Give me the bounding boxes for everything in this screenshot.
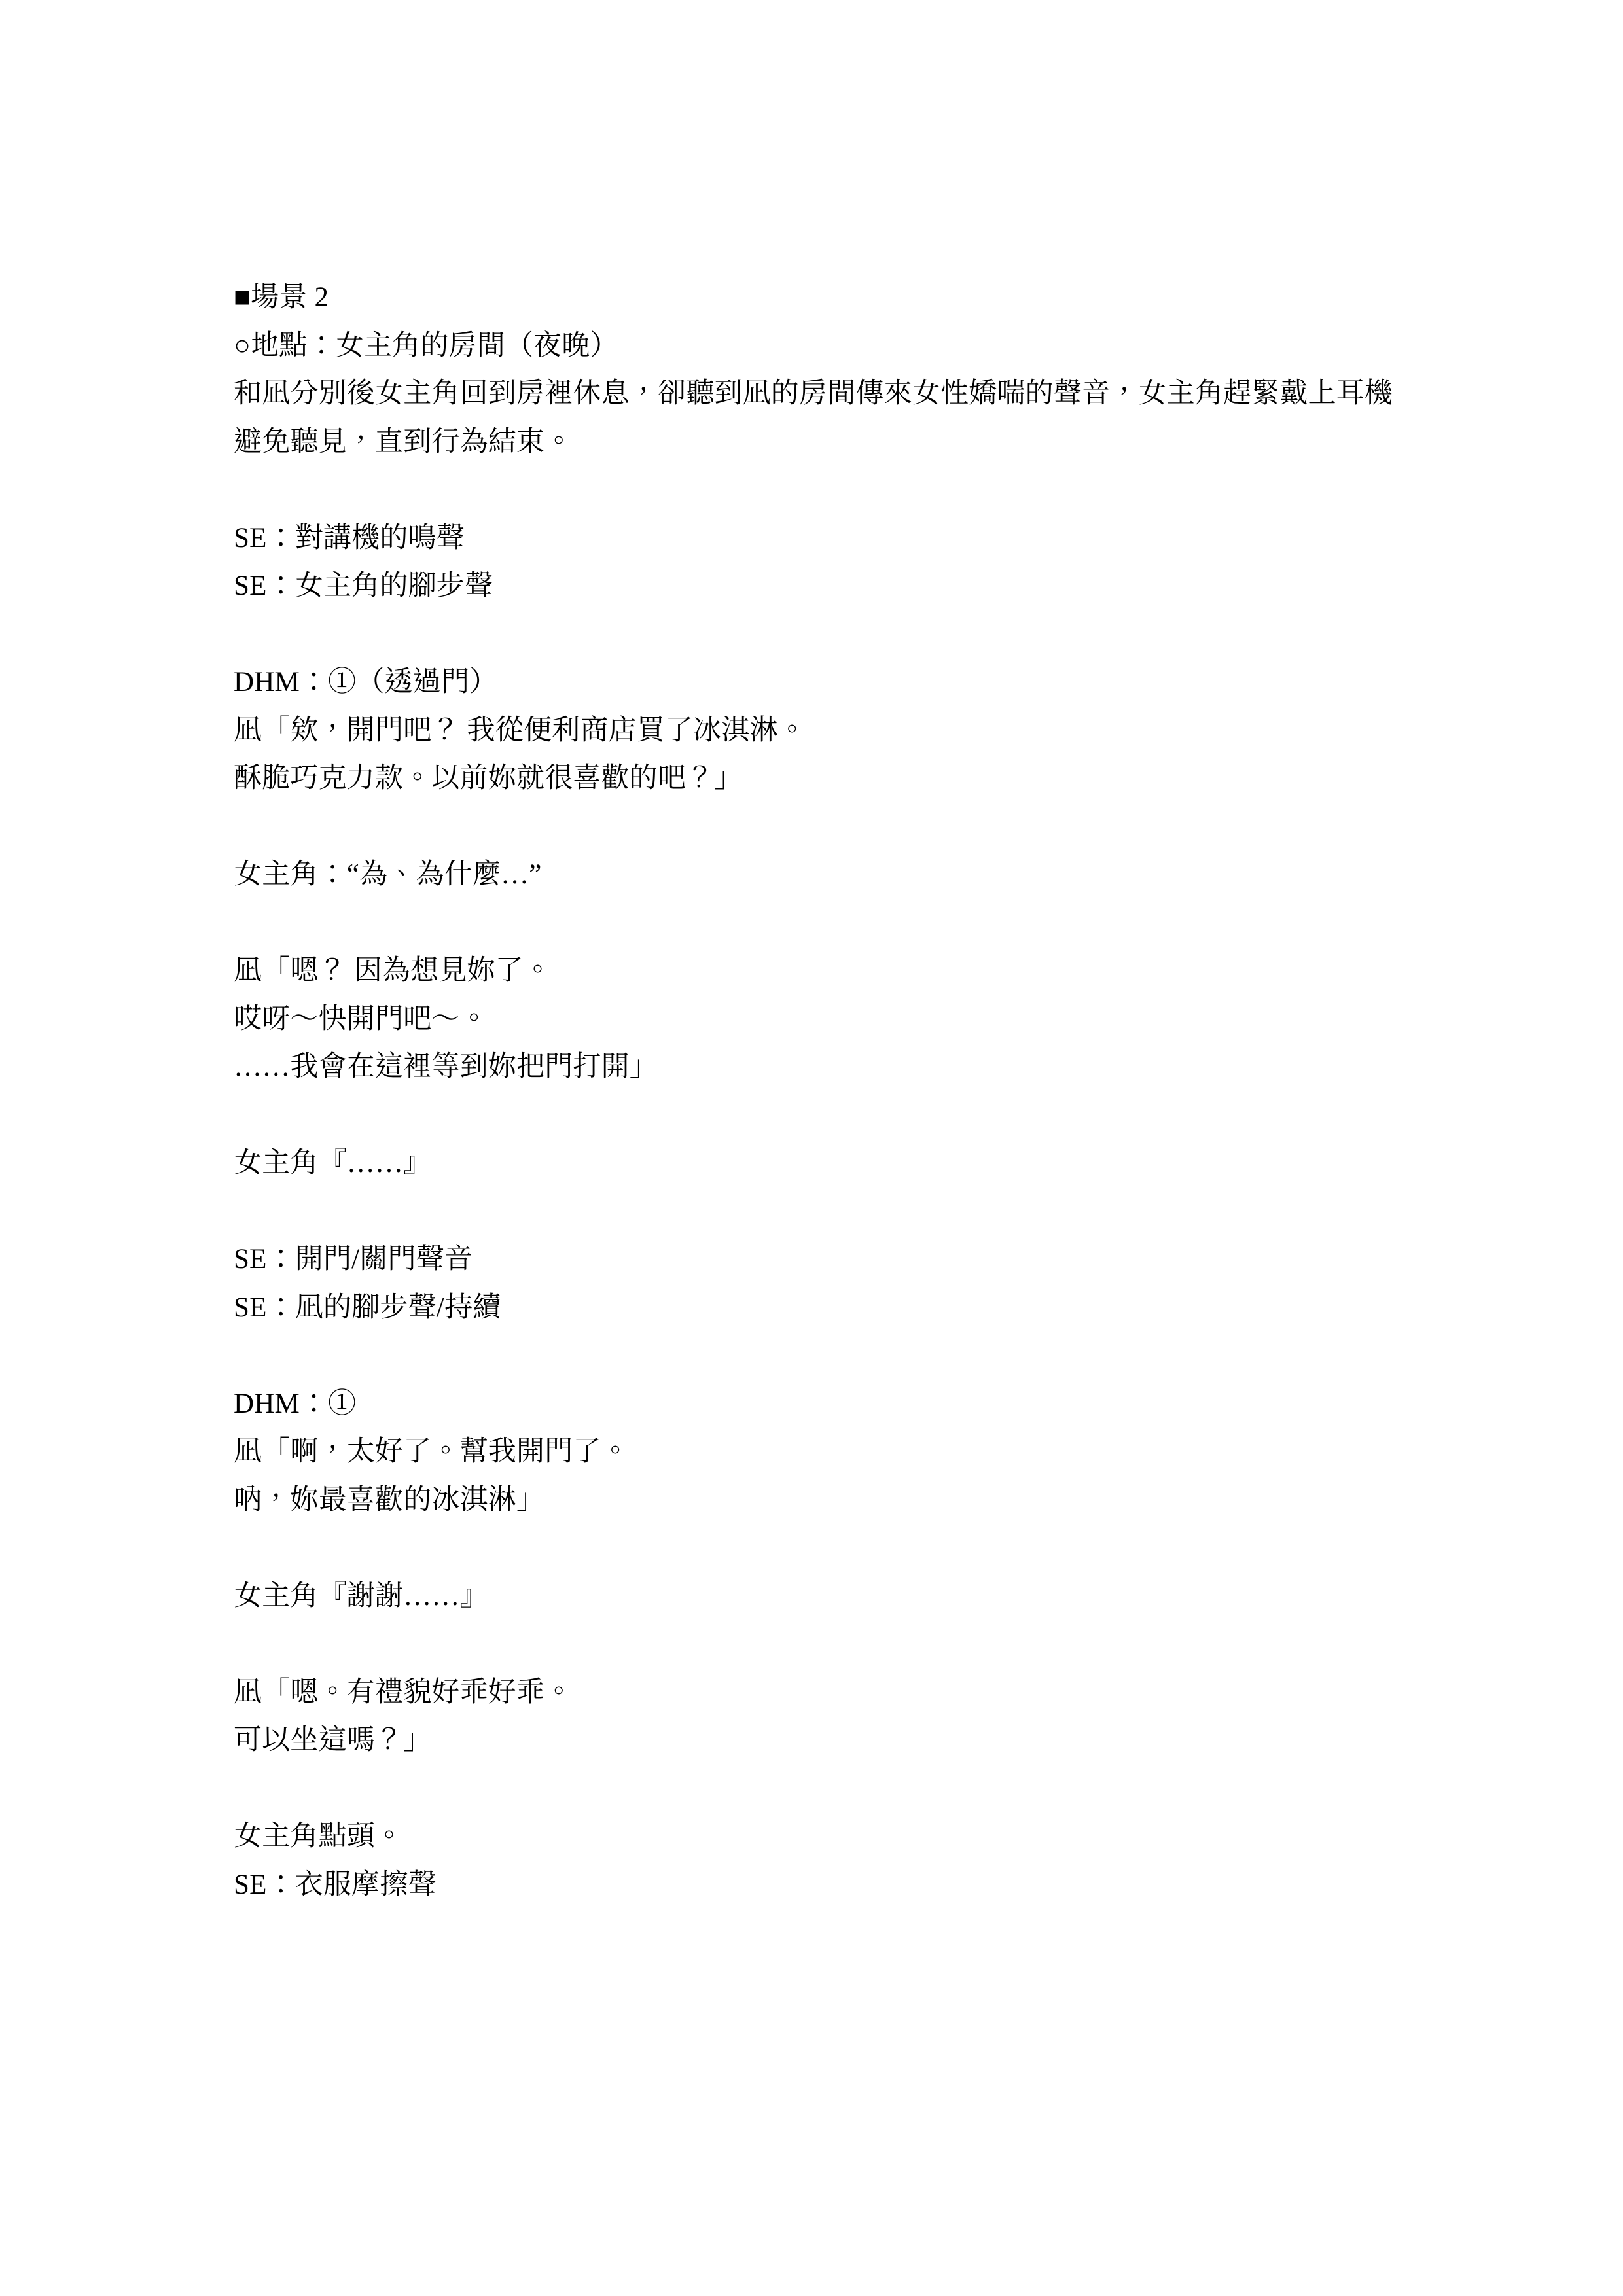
blank-line bbox=[234, 1524, 1412, 1572]
script-text-block: ■場景 2 ○地點：女主角的房間（夜晚） 和凪分別後女主角回到房裡休息，卻聽到凪… bbox=[234, 274, 1412, 1909]
scene-heading: ■場景 2 bbox=[234, 274, 1412, 322]
blank-line bbox=[234, 1765, 1412, 1813]
sound-effect-line: SE：衣服摩擦聲 bbox=[234, 1861, 1412, 1909]
sound-effect-line: SE：開門/關門聲音 bbox=[234, 1235, 1412, 1284]
location-line: ○地點：女主角的房間（夜晚） bbox=[234, 322, 1412, 370]
sound-effect-line: SE：對講機的鳴聲 bbox=[234, 514, 1412, 563]
action-line: 女主角點頭。 bbox=[234, 1812, 1412, 1861]
blank-line bbox=[234, 466, 1412, 514]
script-page: ■場景 2 ○地點：女主角的房間（夜晚） 和凪分別後女主角回到房裡休息，卻聽到凪… bbox=[0, 0, 1623, 2296]
dialogue-line: 可以坐這嗎？」 bbox=[234, 1716, 1412, 1765]
blank-line bbox=[234, 899, 1412, 947]
dialogue-line: 凪「啊，太好了。幫我開門了。 bbox=[234, 1428, 1412, 1476]
blank-line bbox=[234, 803, 1412, 851]
dialogue-line: 女主角：“為、為什麼…” bbox=[234, 851, 1412, 899]
blank-line bbox=[234, 1188, 1412, 1236]
dialogue-line: 女主角『……』 bbox=[234, 1139, 1412, 1188]
dialogue-line: 吶，妳最喜歡的冰淇淋」 bbox=[234, 1476, 1412, 1525]
sound-effect-line: SE：女主角的腳步聲 bbox=[234, 562, 1412, 610]
blank-line bbox=[234, 1620, 1412, 1669]
blank-line bbox=[234, 610, 1412, 659]
dhm-cue-line: DHM：①（透過門） bbox=[234, 658, 1412, 707]
dhm-cue-line: DHM：① bbox=[234, 1380, 1412, 1428]
dialogue-line: 凪「嗯。有禮貌好乖好乖。 bbox=[234, 1669, 1412, 1717]
dialogue-line: 女主角『謝謝……』 bbox=[234, 1572, 1412, 1621]
sound-effect-line: SE：凪的腳步聲/持續 bbox=[234, 1284, 1412, 1332]
dialogue-line: 哎呀～快開門吧～。 bbox=[234, 995, 1412, 1044]
dialogue-line: 凪「欸，開門吧？ 我從便利商店買了冰淇淋。 bbox=[234, 707, 1412, 755]
scene-description-line: 和凪分別後女主角回到房裡休息，卻聽到凪的房間傳來女性嬌喘的聲音，女主角趕緊戴上耳… bbox=[234, 370, 1412, 418]
dialogue-line: ……我會在這裡等到妳把門打開」 bbox=[234, 1043, 1412, 1091]
dialogue-line: 凪「嗯？ 因為想見妳了。 bbox=[234, 947, 1412, 995]
scene-description-line: 避免聽見，直到行為結束。 bbox=[234, 418, 1412, 467]
blank-line bbox=[234, 1332, 1412, 1380]
dialogue-line: 酥脆巧克力款。以前妳就很喜歡的吧？」 bbox=[234, 754, 1412, 803]
blank-line bbox=[234, 1091, 1412, 1140]
